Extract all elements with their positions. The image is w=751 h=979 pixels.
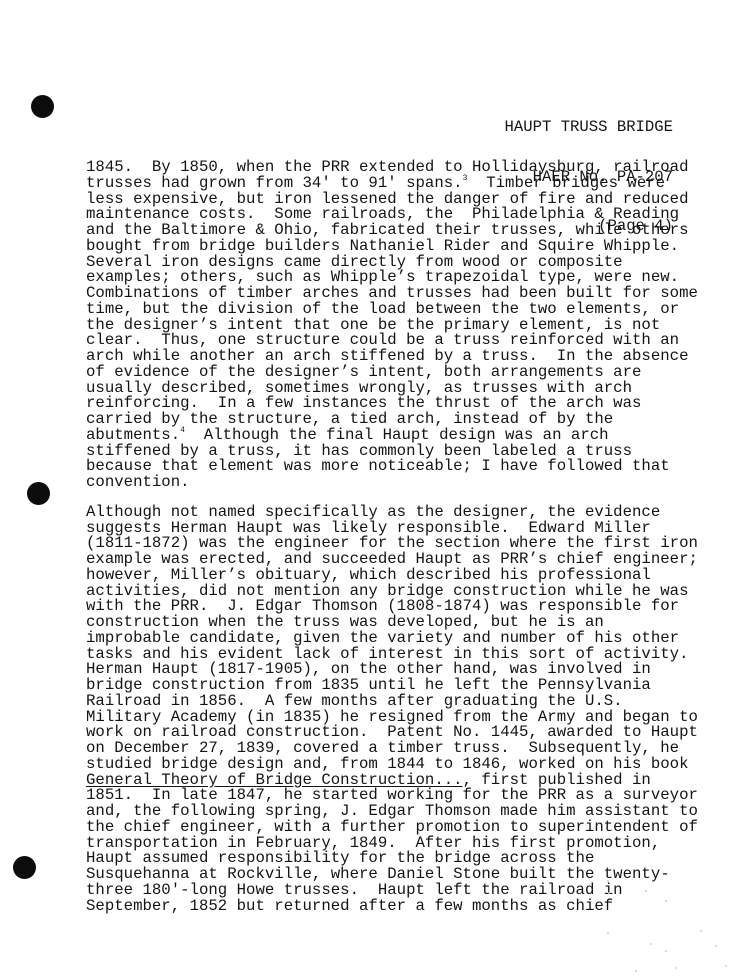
binder-hole-bottom xyxy=(13,856,36,879)
text-line: convention. xyxy=(86,475,726,491)
document-body: 1845. By 1850, when the PRR extended to … xyxy=(86,160,726,914)
binder-hole-top xyxy=(31,95,54,118)
scan-noise xyxy=(605,870,750,975)
paragraph-2: Although not named specifically as the d… xyxy=(86,505,726,915)
binder-hole-middle xyxy=(27,482,50,505)
line-text: September, 1852 but returned after a few… xyxy=(86,897,613,915)
header-title: HAUPT TRUSS BRIDGE xyxy=(505,119,673,136)
paragraph-1: 1845. By 1850, when the PRR extended to … xyxy=(86,160,726,491)
line-text: convention. xyxy=(86,473,190,491)
